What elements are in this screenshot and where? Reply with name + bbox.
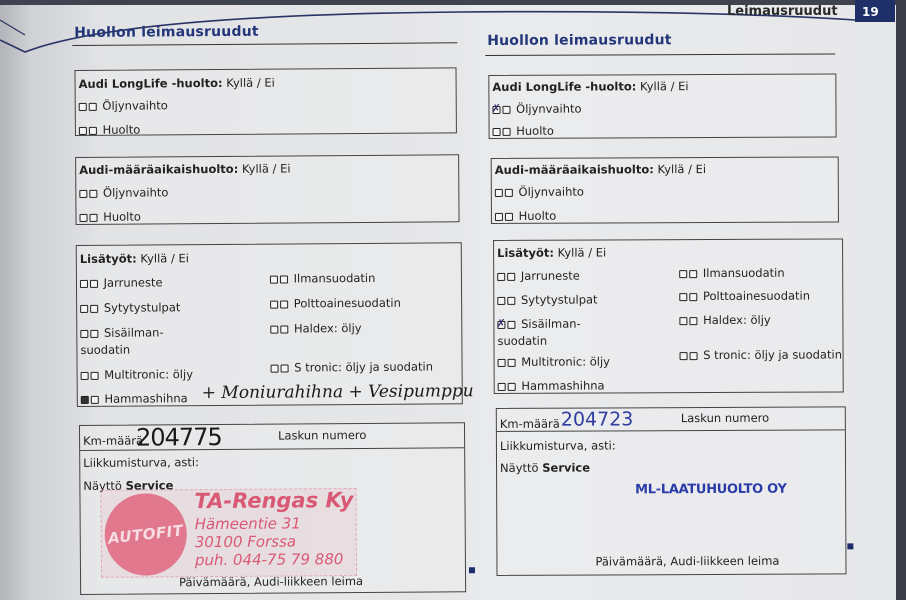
longlife-service-row: Huolto: [493, 124, 554, 138]
stamp-company: TA-Rengas Ky: [194, 488, 353, 513]
no-checkbox[interactable]: [507, 296, 515, 304]
no-checkbox[interactable]: [503, 127, 511, 135]
haldex-row: Haldex: öljy: [679, 313, 770, 327]
scheduled-service-row: Huolto: [495, 209, 556, 223]
section-title: Huollon leimausruudut: [487, 32, 672, 49]
fuel-filter-row: Polttoainesuodatin: [679, 289, 810, 304]
no-checkbox[interactable]: [502, 105, 510, 113]
no-checkbox[interactable]: [508, 382, 516, 390]
multitronic-row: Multitronic: öljy: [498, 354, 610, 368]
km-value: 204723: [561, 408, 634, 430]
yes-checkbox-checked[interactable]: [497, 320, 505, 328]
page-end-marker: [469, 567, 475, 573]
yes-checkbox[interactable]: [493, 127, 501, 135]
stamp-street: Hämeentie 31: [195, 514, 301, 533]
no-checkbox[interactable]: [280, 300, 288, 308]
air-filter-row: Ilmansuodatin: [679, 266, 784, 280]
cabin-filter-row: Sisäilman-: [497, 317, 580, 331]
s-tronic-row: S tronic: öljy ja suodatin: [271, 359, 434, 374]
longlife-box: Audi LongLife -huolto: Kyllä / Ei Öljynv…: [74, 67, 456, 136]
mobility-guarantee-label: Liikkumisturva, asti:: [500, 438, 616, 453]
yes-checkbox[interactable]: [80, 304, 88, 312]
page-edge: [896, 0, 906, 600]
scheduled-oil-change-row: Öljynvaihto: [79, 185, 168, 200]
scheduled-oil-change-row: Öljynvaihto: [495, 185, 584, 199]
scheduled-service-row: Huolto: [79, 210, 140, 224]
service-record-box: Km-määrä 204723 Laskun numero Liikkumist…: [496, 406, 847, 576]
right-page: Huollon leimausruudut Audi LongLife -huo…: [485, 0, 888, 600]
yes-checkbox[interactable]: [498, 382, 506, 390]
date-stamp-label: Päivämäärä, Audi-liikkeen leima: [595, 554, 779, 569]
no-checkbox[interactable]: [89, 213, 97, 221]
no-checkbox[interactable]: [507, 320, 515, 328]
scheduled-label: Audi-määräaikaishuolto: Kyllä / Ei: [495, 162, 706, 177]
yes-checkbox[interactable]: [680, 352, 688, 360]
mobility-guarantee-label: Liikkumisturva, asti:: [83, 455, 199, 470]
yes-checkbox[interactable]: [497, 296, 505, 304]
km-value: 204775: [136, 423, 222, 452]
stamp-city: 30100 Forssa: [195, 532, 296, 551]
cabin-filter-row-cont: suodatin: [497, 334, 547, 348]
page-end-marker: [847, 543, 853, 549]
section-title: Huollon leimausruudut: [74, 24, 259, 41]
longlife-label: Audi LongLife -huolto: Kyllä / Ei: [79, 76, 275, 91]
longlife-label: Audi LongLife -huolto: Kyllä / Ei: [492, 79, 688, 94]
no-checkbox[interactable]: [90, 304, 98, 312]
km-label: Km-määrä: [500, 417, 560, 431]
longlife-service-row: Huolto: [79, 123, 140, 137]
yes-checkbox[interactable]: [80, 329, 88, 337]
yes-checkbox-checked[interactable]: [81, 395, 89, 403]
no-checkbox[interactable]: [89, 102, 97, 110]
no-checkbox[interactable]: [89, 126, 97, 134]
invoice-number-label: Laskun numero: [681, 411, 769, 425]
no-checkbox[interactable]: [690, 352, 698, 360]
timing-belt-row: Hammashihna: [81, 391, 188, 406]
yes-checkbox-checked[interactable]: [492, 105, 500, 113]
extra-work-label: Lisätyöt: Kyllä / Ei: [497, 245, 606, 259]
yes-checkbox[interactable]: [270, 300, 278, 308]
km-label: Km-määrä: [83, 434, 143, 448]
no-checkbox[interactable]: [91, 371, 99, 379]
s-tronic-row: S tronic: öljy ja suodatin: [680, 347, 842, 362]
longlife-oil-change-row: Öljynvaihto: [492, 102, 581, 116]
yes-checkbox[interactable]: [498, 358, 506, 366]
spark-plugs-row: Sytytystulpat: [497, 293, 597, 307]
yes-checkbox[interactable]: [679, 317, 687, 325]
yes-checkbox[interactable]: [497, 272, 505, 280]
haldex-row: Haldex: öljy: [270, 321, 361, 336]
date-stamp-label: Päivämäärä, Audi-liikkeen leima: [179, 574, 363, 589]
fuel-filter-row: Polttoainesuodatin: [270, 296, 401, 311]
no-checkbox[interactable]: [507, 272, 515, 280]
yes-checkbox[interactable]: [679, 293, 687, 301]
extra-work-label: Lisätyöt: Kyllä / Ei: [80, 251, 189, 266]
yes-checkbox[interactable]: [495, 212, 503, 220]
no-checkbox[interactable]: [689, 270, 697, 278]
no-checkbox[interactable]: [90, 279, 98, 287]
no-checkbox[interactable]: [280, 275, 288, 283]
cabin-filter-row: Sisäilman-: [80, 325, 163, 340]
extra-work-box: Lisätyöt: Kyllä / Ei Jarruneste Sytytyst…: [493, 238, 844, 394]
no-checkbox[interactable]: [89, 189, 97, 197]
no-checkbox[interactable]: [90, 329, 98, 337]
dealer-stamp: ML-LAATUHUOLTO OY: [635, 482, 786, 498]
longlife-box: Audi LongLife -huolto: Kyllä / Ei Öljynv…: [488, 73, 836, 139]
yes-checkbox[interactable]: [79, 102, 87, 110]
invoice-number-label: Laskun numero: [278, 428, 366, 443]
no-checkbox[interactable]: [689, 317, 697, 325]
scheduled-label: Audi-määräaikaishuolto: Kyllä / Ei: [79, 161, 290, 176]
yes-checkbox[interactable]: [79, 213, 87, 221]
no-checkbox[interactable]: [505, 188, 513, 196]
no-checkbox[interactable]: [91, 395, 99, 403]
yes-checkbox[interactable]: [81, 371, 89, 379]
scheduled-service-box: Audi-määräaikaishuolto: Kyllä / Ei Öljyn…: [75, 154, 459, 225]
yes-checkbox[interactable]: [270, 325, 278, 333]
no-checkbox[interactable]: [505, 212, 513, 220]
cabin-filter-row-cont: suodatin: [80, 343, 130, 357]
spark-plugs-row: Sytytystulpat: [80, 300, 180, 315]
handwritten-note: + Moniurahihna + Vesipumppu: [202, 381, 474, 403]
yes-checkbox[interactable]: [271, 364, 279, 372]
booklet-spread: Leimausruudut 19 Huollon leimausruudut A…: [0, 0, 906, 600]
service-record-box: Km-määrä 204775 Laskun numero Liikkumist…: [79, 422, 466, 595]
yes-checkbox[interactable]: [495, 188, 503, 196]
yes-checkbox[interactable]: [270, 275, 278, 283]
air-filter-row: Ilmansuodatin: [270, 271, 376, 286]
title-underline: [485, 53, 835, 56]
longlife-oil-change-row: Öljynvaihto: [79, 98, 168, 113]
yes-checkbox[interactable]: [79, 189, 87, 197]
brake-fluid-row: Jarruneste: [80, 275, 163, 290]
spine-shadow: [0, 0, 30, 600]
km-row-divider: [497, 429, 845, 432]
no-checkbox[interactable]: [280, 325, 288, 333]
no-checkbox[interactable]: [689, 293, 697, 301]
left-page: Huollon leimausruudut Audi LongLife -huo…: [72, 0, 476, 600]
stamp-phone: puh. 044-75 79 880: [195, 550, 344, 569]
timing-belt-row: Hammashihna: [498, 378, 605, 392]
yes-checkbox[interactable]: [679, 270, 687, 278]
no-checkbox[interactable]: [508, 358, 516, 366]
title-underline: [72, 42, 457, 46]
multitronic-row: Multitronic: öljy: [81, 367, 193, 382]
yes-checkbox[interactable]: [79, 126, 87, 134]
yes-checkbox[interactable]: [80, 279, 88, 287]
extra-work-box: Lisätyöt: Kyllä / Ei Jarruneste Sytytyst…: [76, 242, 463, 407]
display-service-label: Näyttö Service: [500, 461, 590, 475]
no-checkbox[interactable]: [281, 364, 289, 372]
scheduled-service-box: Audi-määräaikaishuolto: Kyllä / Ei Öljyn…: [491, 156, 839, 224]
brake-fluid-row: Jarruneste: [497, 269, 580, 283]
